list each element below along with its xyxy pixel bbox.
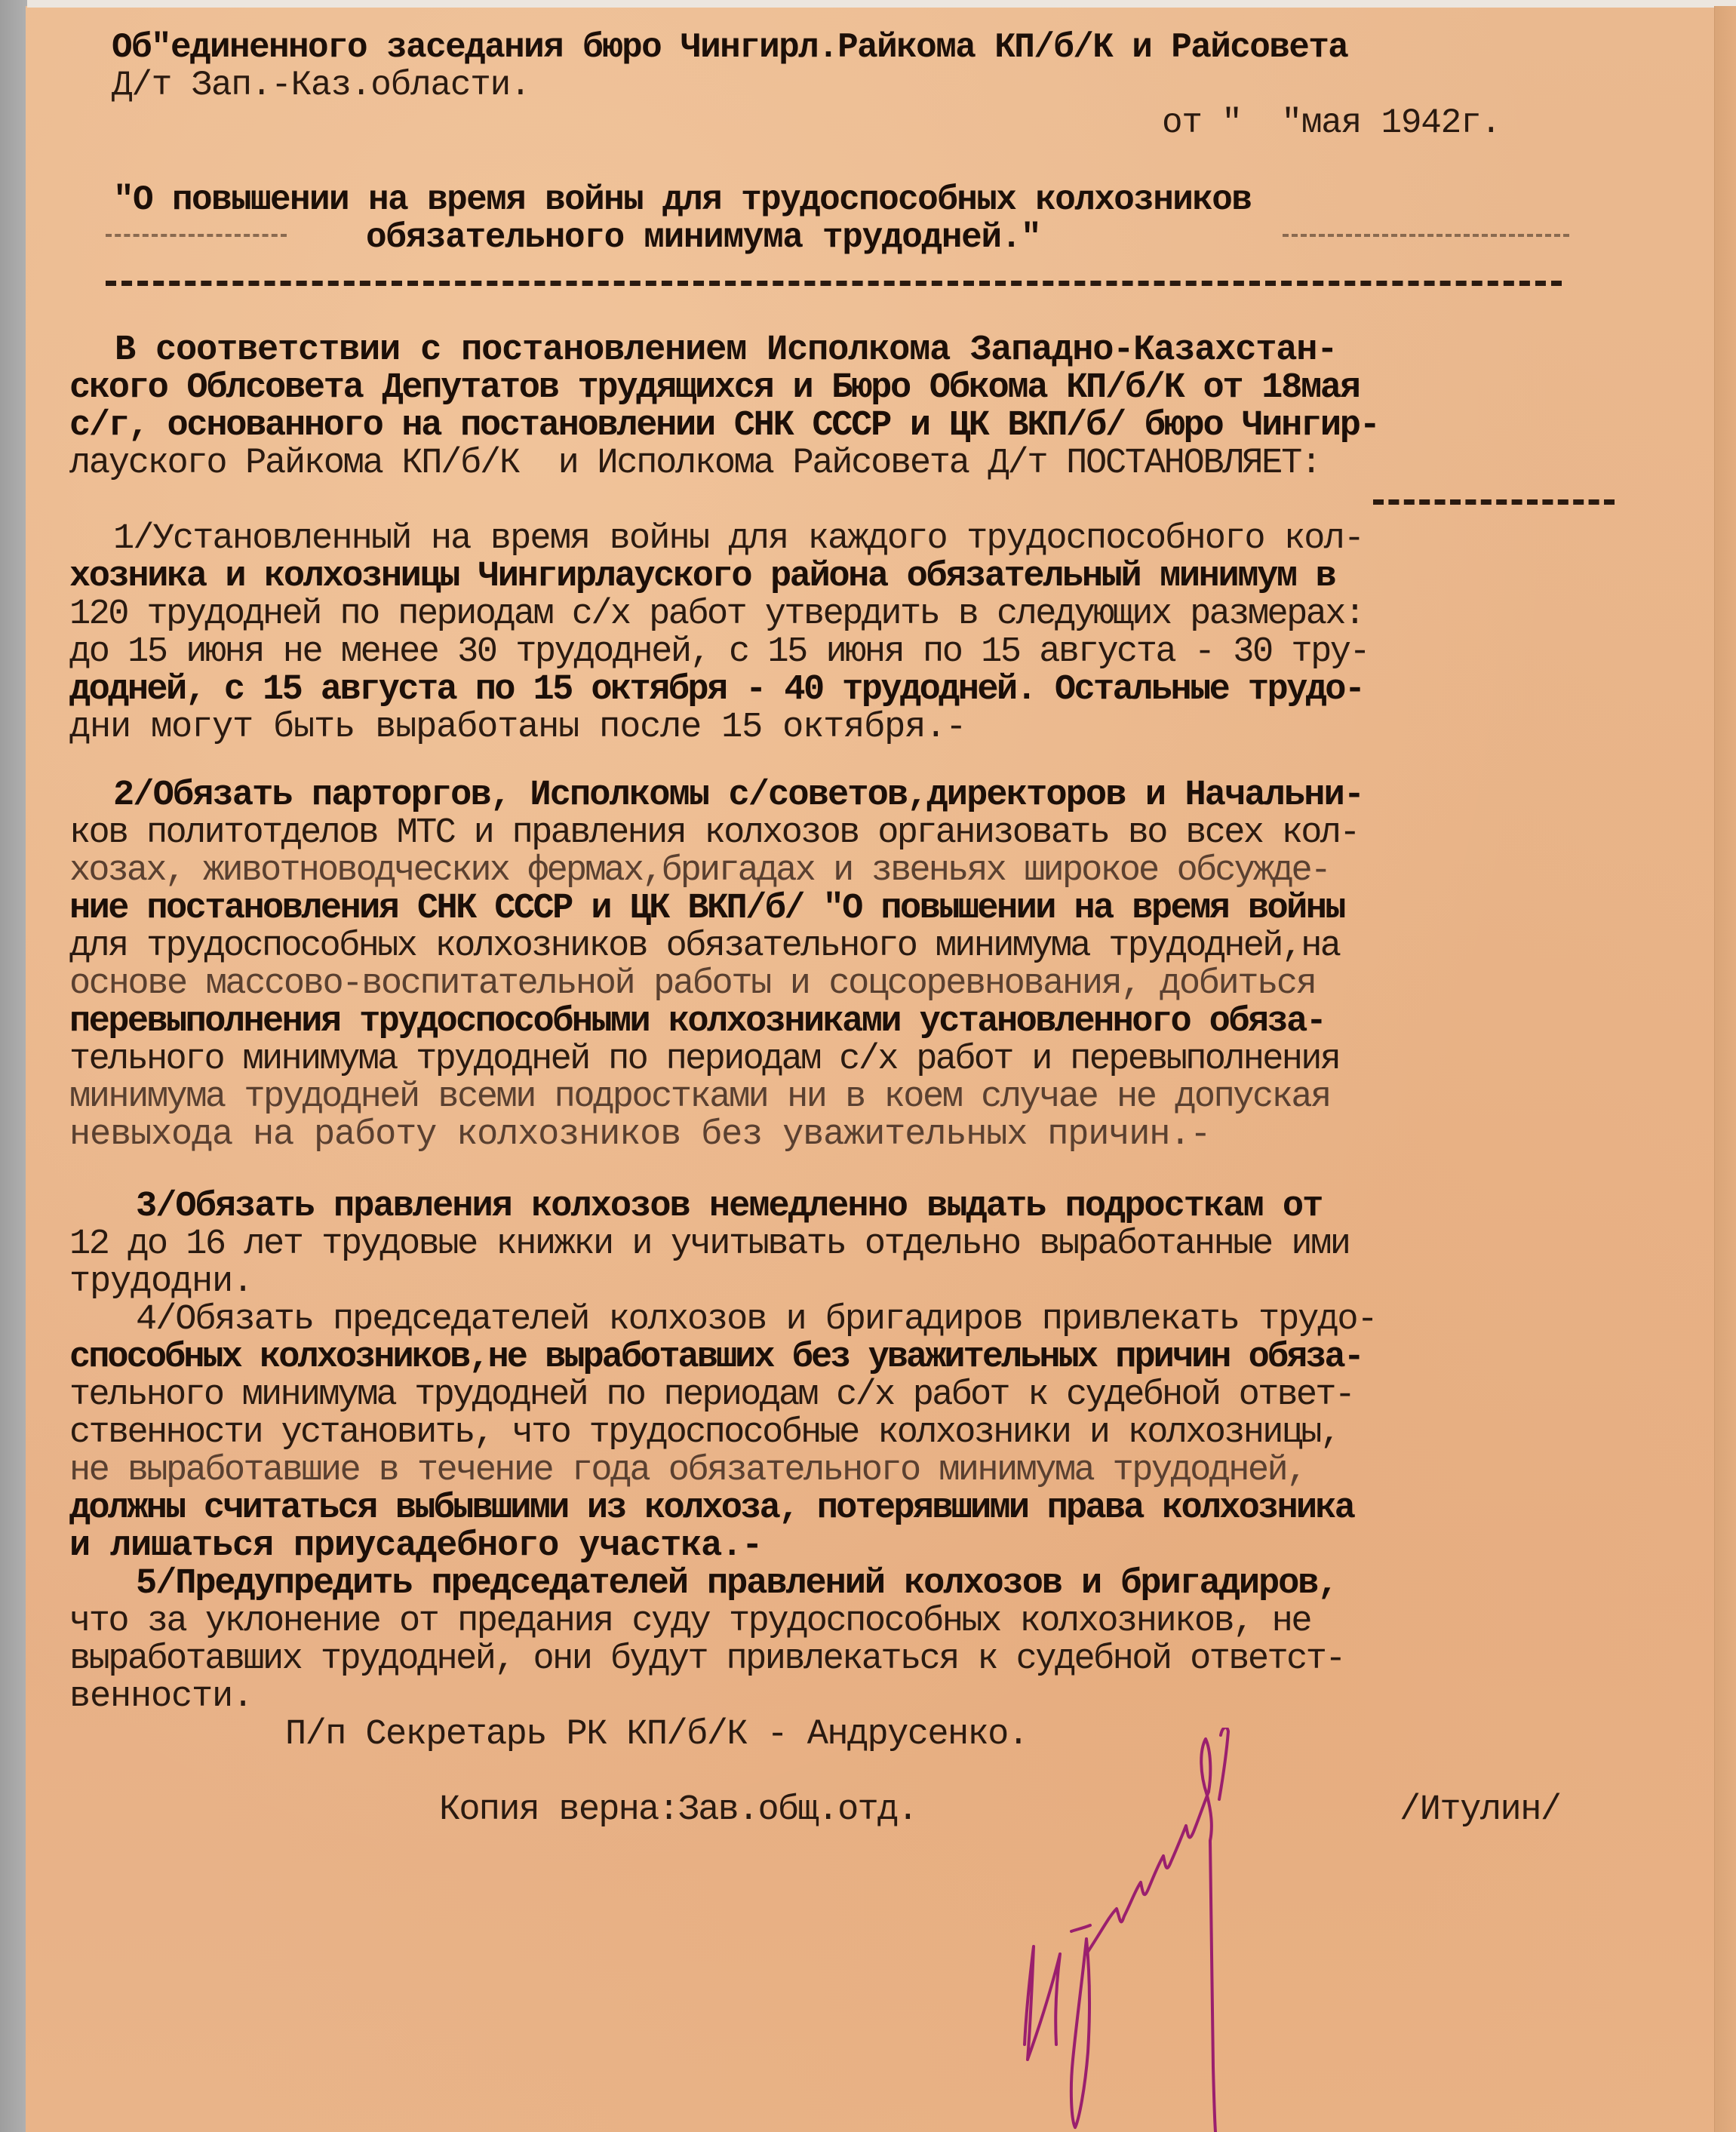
item-5-line-2: что за уклонение от предания суду трудос… <box>69 1603 1310 1641</box>
item-2-line-10: невыхода на работу колхозников без уважи… <box>69 1117 1210 1154</box>
copy-certified-label: Копия верна:Зав.общ.отд. <box>439 1792 917 1829</box>
subject-underline-left <box>106 234 287 237</box>
item-5-line-4: венности. <box>69 1679 253 1716</box>
item-1-line-4: до 15 июня не менее 30 трудодней, с 15 и… <box>69 634 1369 671</box>
item-1-line-3: 120 трудодней по периодам с/х работ утве… <box>69 596 1364 634</box>
preamble-line-3: с/г, основанного на постановлении СНК СС… <box>69 407 1379 445</box>
item-4-line-2: способных колхозников,не выработавших бе… <box>69 1339 1363 1377</box>
item-4-line-4: ственности установить, что трудоспособны… <box>69 1415 1339 1452</box>
postanovlyaet-underline <box>1373 499 1615 505</box>
item-2-line-3: хозах, животноводческих фермах,бригадах … <box>69 852 1329 890</box>
document-body: Об"единенного заседания бюро Чингирл.Рай… <box>0 0 1736 2132</box>
item-1-line-2: хозника и колхозницы Чингирлауского райо… <box>69 558 1335 596</box>
item-2-line-4: ние постановления СНК СССР и ЦК ВКП/б/ "… <box>69 890 1344 928</box>
item-4-line-5: не выработавшие в течение года обязатель… <box>69 1452 1306 1490</box>
item-2-line-6: основе массово-воспитательной работы и с… <box>69 966 1316 1003</box>
item-5-line-3: выработавших трудодней, они будут привле… <box>69 1641 1344 1679</box>
secretary-signature-line: П/п Секретарь РК КП/б/К - Андрусенко. <box>285 1716 1028 1754</box>
subject-line-2: обязательного минимума трудодней." <box>366 219 1040 257</box>
subject-line-1: "О повышении на время войны для трудоспо… <box>113 181 1251 219</box>
item-1-line-6: дни могут быть выработаны после 15 октяб… <box>69 709 966 747</box>
item-4-line-1: 4/Обязать председателей колхозов и брига… <box>136 1301 1377 1339</box>
item-2-line-8: тельного минимума трудодней по периодам … <box>69 1041 1339 1079</box>
item-5-line-1: 5/Предупредить председателей правлений к… <box>136 1565 1337 1603</box>
item-2-line-7: перевыполнения трудоспособными колхозник… <box>69 1003 1325 1041</box>
item-2-line-5: для трудоспособных колхозников обязатель… <box>69 928 1339 966</box>
item-2-line-2: ков политотделов МТС и правления колхозо… <box>69 815 1359 852</box>
item-4-line-6: должны считаться выбывшими из колхоза, п… <box>69 1490 1353 1528</box>
item-1-line-1: 1/Установленный на время войны для каждо… <box>113 521 1363 558</box>
preamble-line-1: В соответствии с постановлением Исполком… <box>115 332 1337 370</box>
header-title-line-1: Об"единенного заседания бюро Чингирл.Рай… <box>112 29 1347 66</box>
certifier-name: /Итулин/ <box>1400 1792 1561 1829</box>
item-3-line-3: трудодни. <box>69 1264 253 1301</box>
item-3-line-1: 3/Обязать правления колхозов немедленно … <box>136 1188 1322 1226</box>
preamble-line-2: ского Облсовета Депутатов трудящихся и Б… <box>69 370 1360 407</box>
handwritten-signature <box>981 1728 1358 2132</box>
item-3-line-2: 12 до 16 лет трудовые книжки и учитывать… <box>69 1226 1350 1264</box>
item-2-line-1: 2/Обязать парторгов, Исполкомы с/советов… <box>113 777 1363 815</box>
subject-underline-right <box>1283 234 1569 237</box>
item-4-line-7: и лишаться приусадебного участка.- <box>69 1528 762 1565</box>
item-4-line-3: тельного минимума трудодней по периодам … <box>69 1377 1353 1415</box>
header-title-line-2: Д/т Зап.-Каз.области. <box>112 66 530 104</box>
item-2-line-9: минимума трудодней всеми подростками ни … <box>69 1079 1330 1117</box>
header-date: от " "мая 1942г. <box>1162 104 1501 142</box>
preamble-line-4: лауского Райкома КП/б/К и Исполкома Райс… <box>69 445 1320 483</box>
item-1-line-5: додней, с 15 августа по 15 октября - 40 … <box>69 671 1364 709</box>
subject-divider <box>106 281 1562 286</box>
